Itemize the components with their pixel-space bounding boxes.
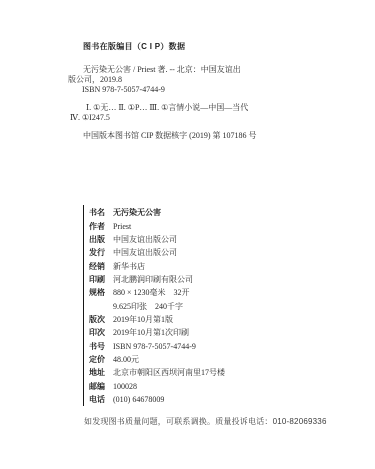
table-row: 版次 2019年10月第1版	[89, 313, 319, 326]
row-value-sheets: 9.625印张 240千字	[113, 301, 183, 312]
cip-title: 图书在版编目（C I P）数据	[83, 42, 185, 52]
row-value-impression: 2019年10月第1次印刷	[113, 327, 189, 338]
table-row: 9.625印张 240千字	[89, 300, 319, 313]
row-value-postcode: 100028	[113, 382, 137, 391]
cip-classification-line: Ⅳ. ①I247.5	[70, 113, 110, 123]
row-value-edition: 2019年10月第1版	[113, 314, 173, 325]
table-row: 地址 北京市朝阳区西坝河南里17号楼	[89, 366, 319, 379]
row-label: 印次	[89, 327, 109, 338]
colophon-table: 书名 无污染无公害 作者 Priest 出版 中国友谊出版公司 发行 中国友谊出…	[83, 205, 319, 406]
row-label: 定价	[89, 354, 109, 365]
row-label: 地址	[89, 367, 109, 378]
row-label: 版次	[89, 314, 109, 325]
row-label: 发行	[89, 247, 109, 258]
cip-isbn-line: ISBN 978-7-5057-4744-9	[82, 85, 165, 95]
table-row: 书名 无污染无公害	[89, 206, 319, 219]
table-row: 书号 ISBN 978-7-5057-4744-9	[89, 340, 319, 353]
row-label: 规格	[89, 287, 109, 298]
row-value-author: Priest	[113, 222, 131, 231]
row-value-phone: (010) 64678009	[113, 395, 164, 404]
row-label: 印刷	[89, 274, 109, 285]
row-label: 作者	[89, 221, 109, 232]
row-value-distributor: 中国友谊出版公司	[113, 247, 177, 258]
row-value-price: 48.00元	[113, 354, 139, 365]
row-label: 经销	[89, 261, 109, 272]
row-value-isbn: ISBN 978-7-5057-4744-9	[113, 342, 196, 351]
cip-description-line: 版公司，2019.8	[68, 75, 122, 85]
row-label: 出版	[89, 234, 109, 245]
row-value-publisher: 中国友谊出版公司	[113, 234, 177, 245]
table-row: 作者 Priest	[89, 219, 319, 232]
table-row: 规格 880 × 1230毫米 32开	[89, 286, 319, 299]
row-label: 书号	[89, 341, 109, 352]
table-row: 出版 中国友谊出版公司	[89, 233, 319, 246]
table-row: 电话 (010) 64678009	[89, 393, 319, 406]
table-row: 经销 新华书店	[89, 259, 319, 272]
row-value-format: 880 × 1230毫米 32开	[113, 287, 190, 298]
table-row: 发行 中国友谊出版公司	[89, 246, 319, 259]
table-row: 定价 48.00元	[89, 353, 319, 366]
table-row: 印次 2019年10月第1次印刷	[89, 326, 319, 339]
row-value-book-title: 无污染无公害	[113, 207, 161, 218]
row-label: 电话	[89, 394, 109, 405]
table-row: 印刷 河北鹏润印刷有限公司	[89, 273, 319, 286]
quality-complaint-note: 如发现图书质量问题，可联系调换。质量投诉电话：010-82069336	[84, 417, 327, 427]
row-value-printer: 河北鹏润印刷有限公司	[113, 274, 193, 285]
table-row: 邮编 100028	[89, 380, 319, 393]
row-value-address: 北京市朝阳区西坝河南里17号楼	[113, 367, 225, 378]
row-value-seller: 新华书店	[113, 261, 145, 272]
row-label: 邮编	[89, 381, 109, 392]
copyright-page: 图书在版编目（C I P）数据 无污染无公害 / Priest 著. -- 北京…	[0, 0, 375, 469]
cip-record-number: 中国版本图书馆 CIP 数据核字 (2019) 第 107186 号	[83, 131, 256, 141]
cip-description-line: 无污染无公害 / Priest 著. -- 北京：中国友谊出	[83, 65, 241, 75]
row-label: 书名	[89, 207, 109, 218]
cip-classification-line: Ⅰ. ①无… Ⅱ. ①P… Ⅲ. ①言情小说—中国—当代	[86, 103, 248, 113]
